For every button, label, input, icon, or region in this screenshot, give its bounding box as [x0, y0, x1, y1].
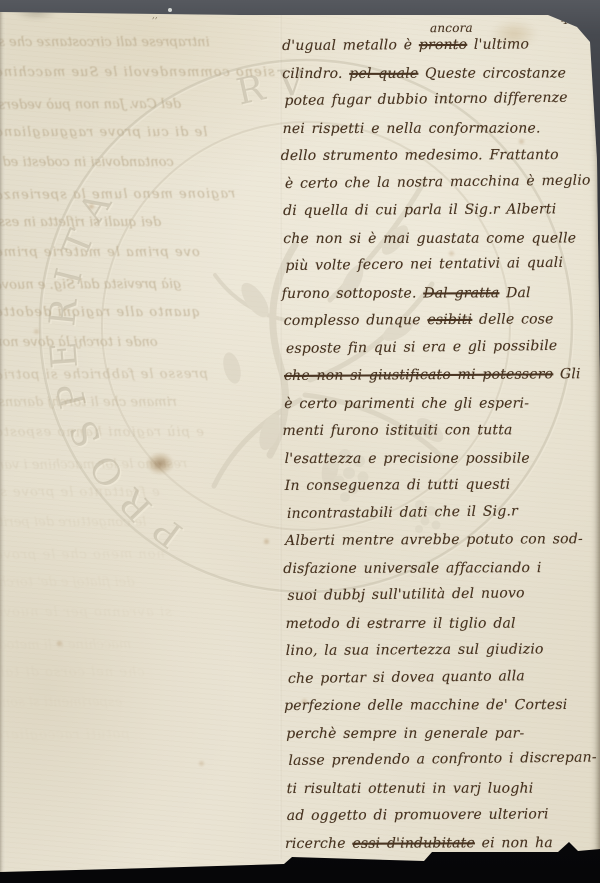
- bleedthrough-line: esperimenti si sono: [0, 688, 282, 718]
- handwriting-line: che non si è mai guastata come quelle: [283, 225, 600, 253]
- bleedthrough-line: che nel corso di tali: [0, 658, 282, 688]
- handwriting-line: complesso dunque esibiti delle cose: [284, 306, 600, 335]
- bleedthrough-line: presso le fabbriche si potria: [0, 359, 282, 391]
- bleedthrough-line: non meno che le prove: [0, 539, 282, 571]
- handwriting-line: nei rispetti e nella conformazione.: [283, 115, 600, 143]
- bleedthrough-line: dei quali si rifletta in essi: [0, 208, 282, 238]
- bleedthrough-line: onde i torchj là dove non: [0, 328, 282, 358]
- bleedthrough-line: potuti raccogliere: [0, 719, 282, 751]
- bleedthrough-line: macchine e li metodi: [0, 629, 282, 661]
- dust-speck: [168, 8, 172, 12]
- handwriting-line: furono sottoposte. Dal gratta Dal: [282, 279, 600, 308]
- photo-backdrop: PROSPERITARV PROSPERITARV: [0, 0, 600, 883]
- handwriting-line: In conseguenza di tutti questi: [285, 471, 600, 500]
- interlinear-insertion: ancora: [430, 22, 473, 34]
- handwriting-line: ricerche essi d'indubitate ei non ha: [285, 829, 600, 858]
- bleedthrough-line: restano le lor macchine i varj: [0, 449, 282, 481]
- handwriting-line: cilindro. pel quale Queste circostanze: [282, 60, 600, 88]
- handwriting-line: Alberti mentre avrebbe potuto con sod-: [285, 526, 600, 555]
- handwriting-line: perchè sempre in generale par-: [286, 720, 600, 748]
- handwriting-line: l'esattezza e precisione possibile: [285, 445, 600, 473]
- handwriting-line: menti furono istituiti con tutta: [282, 417, 600, 446]
- handwriting-line: ti risultati ottenuti in varj luoghi: [287, 775, 600, 803]
- bleedthrough-line: contandovisi in codesti ed i: [0, 148, 282, 178]
- bleedthrough-line: quanto alle ragioni dedotte: [0, 298, 282, 328]
- bleedthrough-line: le di cui prove ragguagliano: [0, 118, 282, 148]
- handwriting-line: lasse prendendo a confronto i discrepan-: [288, 744, 600, 775]
- page-number: 4: [561, 14, 568, 27]
- handwriting-line: metodo di estrarre il tiglio dal: [286, 610, 600, 638]
- bleedthrough-line: del Cav. Jan non può vedersi: [0, 89, 282, 121]
- bleedthrough-line: le congetture dei periti: [0, 508, 282, 538]
- handwriting-line: incontrastabili dati che il Sig.r: [287, 497, 600, 528]
- handwriting-line: esposte fin qui si era e gli possibile: [286, 332, 600, 363]
- cut-off-ink-marks: ,,: [152, 11, 158, 21]
- bleedthrough-line: intraprese tali circostanze che si: [0, 28, 282, 58]
- bleedthrough-line: si avranno per le nuove: [0, 598, 282, 628]
- bleedthrough-line: e più ragioni hanno esposto: [0, 418, 282, 448]
- handwriting-line: d'ugual metallo è pronto l'ultimoancora: [282, 31, 600, 60]
- handwriting-line: è certo parimenti che gli esperi-: [284, 390, 600, 418]
- handwriting-line: ad oggetto di promuovere ulteriori: [287, 801, 600, 830]
- handwriting-line: dello strumento medesimo. Frattanto: [281, 142, 599, 171]
- bleedthrough-line: già prevista dal Sig. e nuova: [0, 269, 282, 301]
- bleedthrough-line: sieno commendevoli le Sue macchine: [0, 58, 282, 88]
- bleedthrough-line: rimane che li torchj daransi: [0, 388, 282, 418]
- handwriting-line: perfezione delle macchine de' Cortesi: [284, 692, 600, 721]
- handwriting-line: che non si giustificato mi potessero Gli: [284, 361, 600, 390]
- handwriting-line: lino, la sua incertezza sul giudizio: [286, 636, 600, 665]
- handwriting-line: di quella di cui parla il Sig.r Alberti: [283, 196, 600, 225]
- bleedthrough-text: intraprese tali circostanze che sisieno …: [0, 28, 282, 748]
- handwriting-line: suoi dubbj sull'utilità del nuovo: [287, 579, 600, 610]
- handwriting-line: più volte fecero nei tentativi ai quali: [285, 249, 600, 280]
- bleedthrough-line: e frattanto le prove si: [0, 478, 282, 508]
- bleedthrough-line: dei filatoj e de' torchj: [0, 568, 282, 598]
- handwriting-line: potea fugar dubbio intorno differenze: [284, 84, 600, 115]
- bleedthrough-line: ove prima le materie prime: [0, 238, 282, 268]
- handwriting-line: disfazione universale affacciando i: [283, 554, 600, 583]
- bleedthrough-line: ragione meno lume la sperienza: [0, 179, 282, 211]
- foxing-spots: [0, 0, 3, 3]
- handwriting-line: che portar si dovea quanto alla: [288, 662, 600, 693]
- handwritten-text-column: d'ugual metallo è pronto l'ultimoancorac…: [282, 31, 600, 858]
- handwriting-line: è certo che la nostra macchina è meglio …: [285, 167, 600, 198]
- manuscript-page: PROSPERITARV PROSPERITARV: [0, 0, 600, 883]
